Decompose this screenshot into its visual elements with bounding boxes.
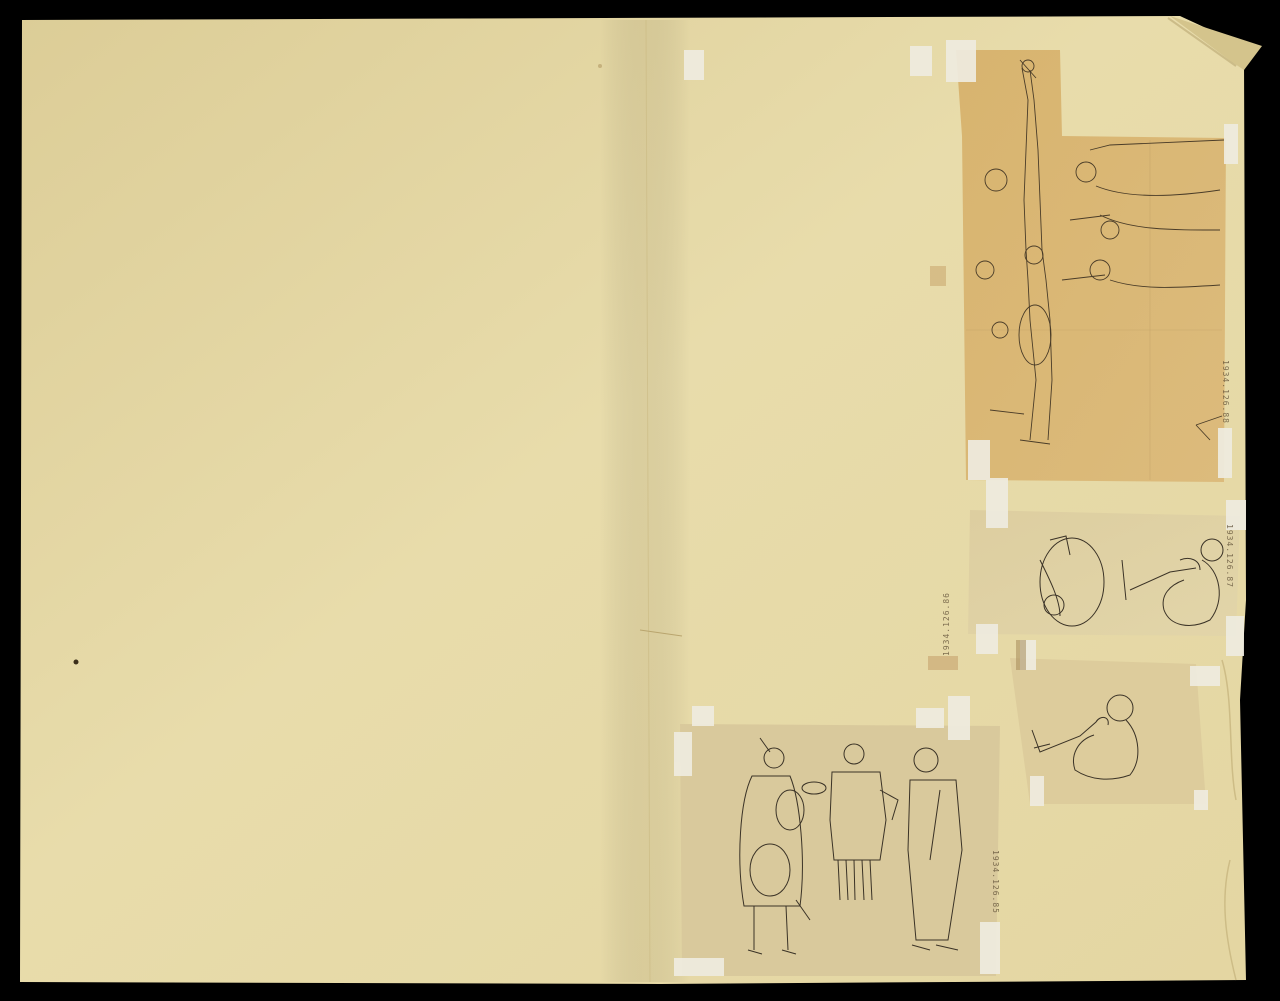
center-fold <box>600 20 690 982</box>
sheet-artwork <box>0 0 1280 1001</box>
drawing-three-men <box>680 724 1000 976</box>
drawing-two-curled-figures <box>968 510 1240 636</box>
accession-label-side: 1934.126.86 <box>942 592 951 656</box>
accession-label-acrobats: 1934.126.88 <box>1221 360 1230 424</box>
accession-label-curled-figures: 1934.126.87 <box>1225 524 1234 588</box>
accession-label-three-men: 1934.126.85 <box>991 850 1000 914</box>
archival-sheet-photo: 1934.126.88 1934.126.87 1934.126.85 1934… <box>0 0 1280 1001</box>
